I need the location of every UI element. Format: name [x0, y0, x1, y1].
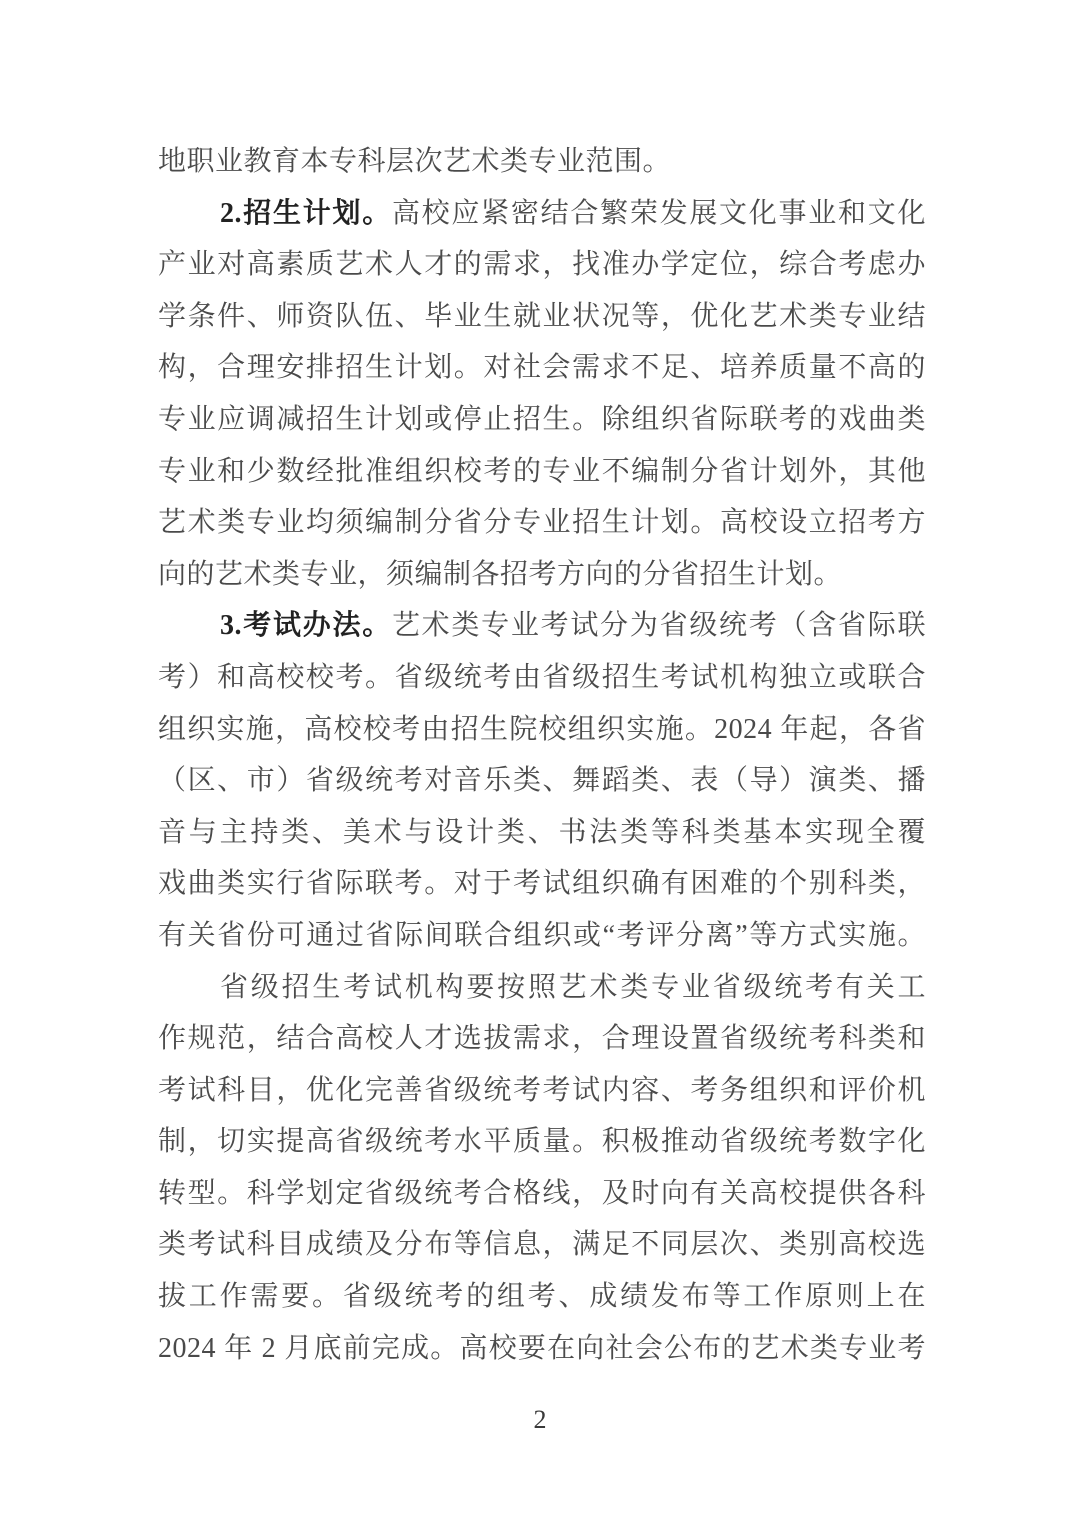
text-line: 戏曲类实行省际联考。对于考试组织确有困难的个别科类，: [158, 858, 926, 910]
text-run: 高校应紧密结合繁荣发展文化事业和文化: [392, 198, 926, 229]
text-run: 2024 年 2 月底前完成。高校要在向社会公布的艺术类专业考: [158, 1333, 926, 1364]
text-run: 戏曲类实行省际联考。对于考试组织确有困难的个别科类，: [158, 868, 926, 899]
text-run: 组织实施，高校校考由招生院校组织实施。2024 年起，各省: [158, 714, 926, 745]
document-page: 地职业教育本专科层次艺术类专业范围。2.招生计划。高校应紧密结合繁荣发展文化事业…: [0, 0, 1080, 1527]
text-line: 考试科目，优化完善省级统考考试内容、考务组织和评价机: [158, 1065, 926, 1117]
text-run: 向的艺术类专业，须编制各招考方向的分省招生计划。: [158, 559, 842, 590]
text-run: 考）和高校校考。省级统考由省级招生考试机构独立或联合: [158, 662, 926, 693]
text-line: 2024 年 2 月底前完成。高校要在向社会公布的艺术类专业考: [158, 1323, 926, 1375]
text-line: 考）和高校校考。省级统考由省级招生考试机构独立或联合: [158, 652, 926, 704]
text-run: 考试科目，优化完善省级统考考试内容、考务组织和评价机: [158, 1075, 926, 1106]
text-line: 拔工作需要。省级统考的组考、成绩发布等工作原则上在: [158, 1271, 926, 1323]
text-run: 艺术类专业均须编制分省分专业招生计划。高校设立招考方: [158, 507, 926, 538]
text-line: （区、市）省级统考对音乐类、舞蹈类、表（导）演类、播: [158, 755, 926, 807]
text-line: 制，切实提高省级统考水平质量。积极推动省级统考数字化: [158, 1116, 926, 1168]
text-run: 转型。科学划定省级统考合格线，及时向有关高校提供各科: [158, 1178, 926, 1209]
text-run: 制，切实提高省级统考水平质量。积极推动省级统考数字化: [158, 1126, 926, 1157]
text-run: 类考试科目成绩及分布等信息，满足不同层次、类别高校选: [158, 1229, 926, 1260]
text-run: 拔工作需要。省级统考的组考、成绩发布等工作原则上在: [158, 1281, 926, 1312]
text-line: 2.招生计划。高校应紧密结合繁荣发展文化事业和文化: [158, 188, 926, 240]
document-body: 地职业教育本专科层次艺术类专业范围。2.招生计划。高校应紧密结合繁荣发展文化事业…: [158, 136, 926, 1374]
paragraph-lead-bold: 3.考试办法。: [220, 610, 392, 641]
text-run: 作规范，结合高校人才选拔需求，合理设置省级统考科类和: [158, 1023, 926, 1054]
text-line: 专业应调减招生计划或停止招生。除组织省际联考的戏曲类: [158, 394, 926, 446]
text-line: 作规范，结合高校人才选拔需求，合理设置省级统考科类和: [158, 1013, 926, 1065]
text-line: 学条件、师资队伍、毕业生就业状况等，优化艺术类专业结: [158, 291, 926, 343]
paragraph-lead-bold: 2.招生计划。: [220, 198, 392, 229]
text-line: 类考试科目成绩及分布等信息，满足不同层次、类别高校选: [158, 1219, 926, 1271]
text-line: 转型。科学划定省级统考合格线，及时向有关高校提供各科: [158, 1168, 926, 1220]
text-line: 3.考试办法。艺术类专业考试分为省级统考（含省际联: [158, 600, 926, 652]
text-line: 有关省份可通过省际间联合组织或“考评分离”等方式实施。: [158, 910, 926, 962]
text-line: 向的艺术类专业，须编制各招考方向的分省招生计划。: [158, 549, 926, 601]
text-run: 有关省份可通过省际间联合组织或“考评分离”等方式实施。: [158, 920, 926, 951]
text-run: 省级招生考试机构要按照艺术类专业省级统考有关工: [220, 972, 926, 1003]
text-run: 专业和少数经批准组织校考的专业不编制分省计划外，其他: [158, 456, 926, 487]
text-run: 地职业教育本专科层次艺术类专业范围。: [158, 146, 671, 177]
page-number: 2: [0, 1405, 1080, 1435]
text-run: 学条件、师资队伍、毕业生就业状况等，优化艺术类专业结: [158, 301, 926, 332]
text-line: 专业和少数经批准组织校考的专业不编制分省计划外，其他: [158, 446, 926, 498]
text-line: 省级招生考试机构要按照艺术类专业省级统考有关工: [158, 962, 926, 1014]
text-line: 产业对高素质艺术人才的需求，找准办学定位，综合考虑办: [158, 239, 926, 291]
text-run: 艺术类专业考试分为省级统考（含省际联: [392, 610, 926, 641]
text-run: 产业对高素质艺术人才的需求，找准办学定位，综合考虑办: [158, 249, 926, 280]
text-run: 专业应调减招生计划或停止招生。除组织省际联考的戏曲类: [158, 404, 926, 435]
text-line: 音与主持类、美术与设计类、书法类等科类基本实现全覆盖，: [158, 807, 926, 859]
text-line: 地职业教育本专科层次艺术类专业范围。: [158, 136, 926, 188]
text-run: （区、市）省级统考对音乐类、舞蹈类、表（导）演类、播: [158, 765, 926, 796]
text-line: 构，合理安排招生计划。对社会需求不足、培养质量不高的: [158, 342, 926, 394]
text-run: 构，合理安排招生计划。对社会需求不足、培养质量不高的: [158, 352, 926, 383]
text-line: 艺术类专业均须编制分省分专业招生计划。高校设立招考方: [158, 497, 926, 549]
text-line: 组织实施，高校校考由招生院校组织实施。2024 年起，各省: [158, 704, 926, 756]
text-run: 音与主持类、美术与设计类、书法类等科类基本实现全覆盖，: [158, 817, 926, 859]
